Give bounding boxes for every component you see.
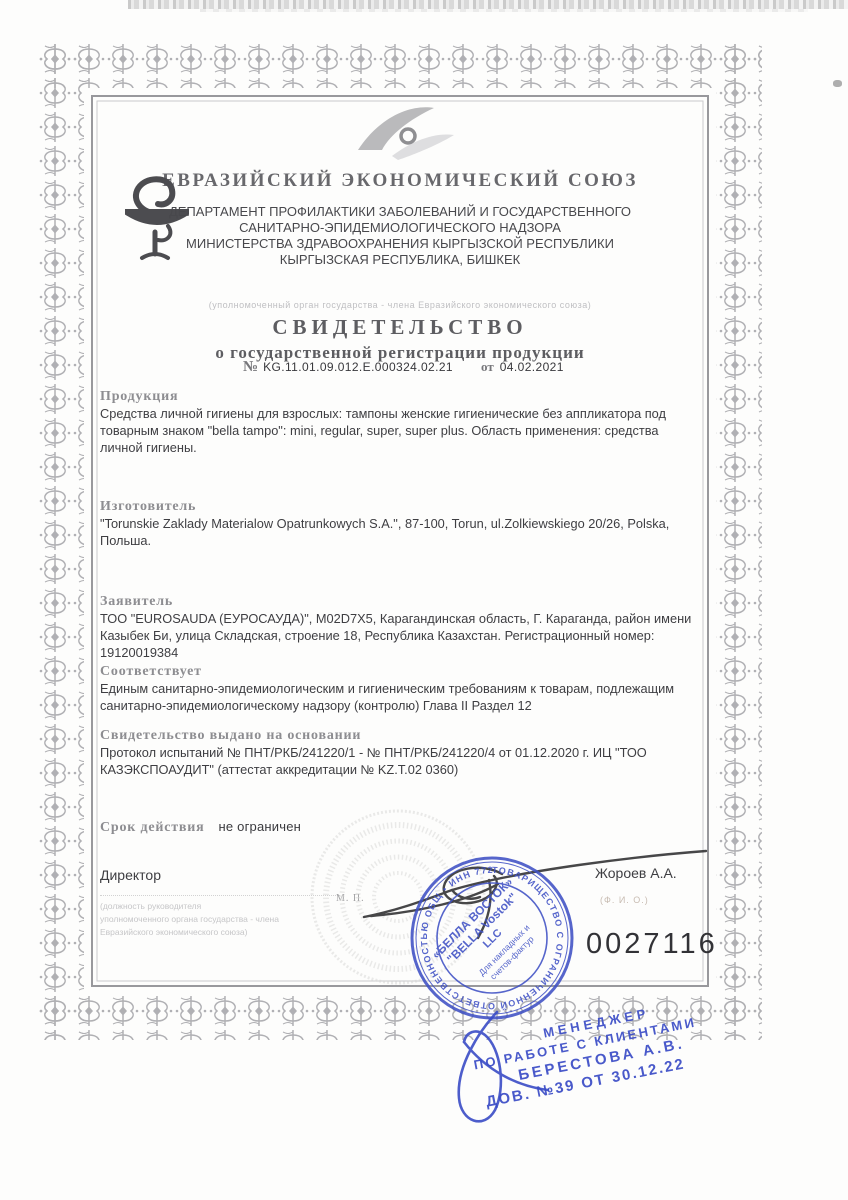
certificate-scan-page: ЕВРАЗИЙСКИЙ ЭКОНОМИЧЕСКИЙ СОЮЗ ДЕПАРТАМЕ… [0, 0, 848, 1200]
blank-serial-number: 0027116 [586, 928, 718, 961]
certificate-number: KG.11.01.09.012.E.000324.02.21 [263, 360, 453, 374]
validity-heading: Срок действия [100, 820, 205, 835]
certificate-date: 04.02.2021 [500, 360, 564, 374]
position-note-line: уполномоченного органа государства - чле… [100, 913, 340, 926]
eaeu-logo-icon [346, 102, 461, 162]
authority-line: КЫРГЫЗСКАЯ РЕСПУБЛИКА, БИШКЕК [100, 252, 700, 268]
section-body-product: Средства личной гигиены для взрослых: та… [100, 405, 700, 456]
date-label: от [481, 359, 494, 374]
seal-place-mark: М. П. [336, 893, 365, 904]
section-body-complies: Единым санитарно-эпидемиологическим и ги… [100, 680, 700, 714]
position-note-line: (должность руководителя [100, 900, 340, 913]
number-label: № [243, 359, 258, 375]
section-heading-applicant: Заявитель [100, 594, 173, 610]
section-body-manufacturer: "Torunskie Zaklady Materialow Opatrunkow… [100, 515, 700, 549]
position-note-line: Евразийского экономического союза) [100, 926, 340, 939]
certificate-content: ЕВРАЗИЙСКИЙ ЭКОНОМИЧЕСКИЙ СОЮЗ ДЕПАРТАМЕ… [38, 42, 762, 1040]
validity-value: не ограничен [219, 819, 301, 834]
authority-block: ДЕПАРТАМЕНТ ПРОФИЛАКТИКИ ЗАБОЛЕВАНИЙ И Г… [100, 204, 700, 268]
signatory-name: Жороев А.А. [595, 865, 677, 881]
section-body-basis: Протокол испытаний № ПНТ/РКБ/241220/1 - … [100, 744, 700, 778]
certificate-number-line: №KG.11.01.09.012.E.000324.02.21от04.02.2… [243, 359, 564, 376]
section-body-applicant: ТОО "EUROSAUDA (ЕУРОСАУДА)", M02D7X5, Ка… [100, 610, 700, 661]
authority-line: САНИТАРНО-ЭПИДЕМИОЛОГИЧЕСКОГО НАДЗОРА [100, 220, 700, 236]
scan-artifact-strip [128, 0, 848, 9]
document-title: СВИДЕТЕЛЬСТВО [100, 315, 700, 340]
section-heading-basis: Свидетельство выдано на основании [100, 728, 361, 744]
section-heading-product: Продукция [100, 389, 178, 405]
scan-artifact-dot [833, 80, 842, 87]
director-position: Директор [100, 867, 161, 883]
section-heading-complies: Соответствует [100, 664, 202, 680]
section-heading-manufacturer: Изготовитель [100, 499, 196, 515]
section-validity: Срок действияне ограничен [100, 819, 301, 836]
authority-line: ДЕПАРТАМЕНТ ПРОФИЛАКТИКИ ЗАБОЛЕВАНИЙ И Г… [100, 204, 700, 220]
position-note: (должность руководителя уполномоченного … [100, 895, 340, 939]
signatory-name-note: (Ф. И. О.) [600, 895, 649, 905]
authority-note: (уполномоченный орган государства - член… [100, 300, 700, 310]
scan-artifact-strip-2 [200, 9, 808, 12]
authority-line: МИНИСТЕРСТВА ЗДРАВООХРАНЕНИЯ КЫРГЫЗСКОЙ … [100, 236, 700, 252]
